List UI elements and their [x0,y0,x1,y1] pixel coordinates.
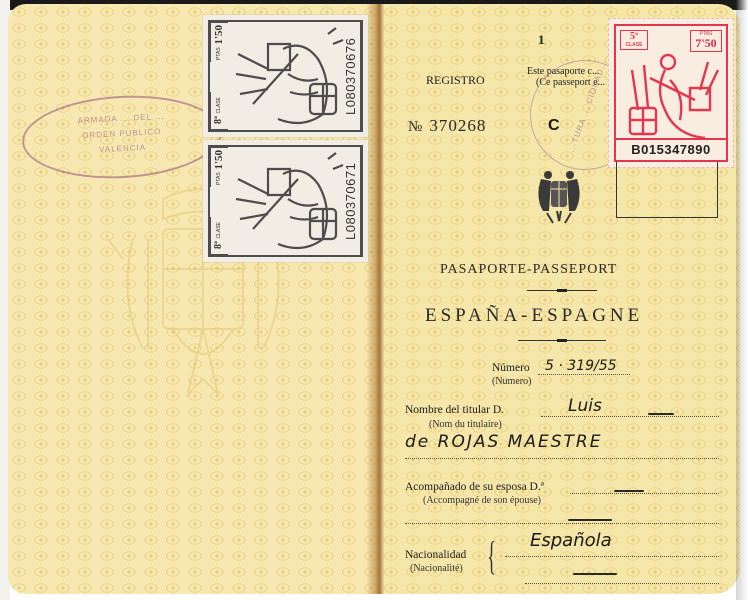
page-number: 1 [538,32,545,48]
nacionalidad-dotted-line [505,556,719,557]
titular-surname: de ROJAS MAESTRE [405,432,602,452]
revenue-stamp-gray-2: PTAS 1'50 8ª CLASE L080370671 [203,140,368,262]
nacionalidad-dotted-line-2 [525,583,719,584]
registration-series: C [548,117,560,135]
brace-icon: { [487,536,496,576]
allegory-figure-icon [228,24,346,128]
allegory-figure-icon [228,149,346,253]
country-title: ESPAÑA-ESPAGNE [425,305,643,327]
stamp-class: 8ª CLASE [210,92,228,130]
stamp-class: 5ªCLASE [620,30,648,50]
stamp-serial: L080370671 [343,147,361,255]
titular-label: Nombre del titular D. [405,404,504,416]
numero-dotted-line [538,374,630,375]
titular-dotted-line [541,416,719,417]
stamp-value: PTAS7'50 [690,30,722,52]
esposa-label: Acompañado de su esposa D.ª [405,481,544,493]
registration-number: №370268 [408,116,486,136]
cancel-dash [648,413,674,415]
eagle-emblem-icon [533,167,585,225]
cancel-dash [568,519,612,521]
stamp-value: PTAS 1'50 [210,22,228,62]
registration-number-value: 370268 [429,116,486,135]
numero-sublabel: (Numero) [492,376,531,387]
nacionalidad-sublabel: (Nacionalité) [410,563,463,574]
registro-label: REGISTRO [426,73,485,88]
revenue-stamp-red: 5ªCLASE PTAS7'50 B015347890 [608,18,734,168]
document-title: PASAPORTE-PASSEPORT [440,262,617,278]
stamp-value: PTAS 1'50 [210,147,228,187]
nacionalidad-value: Española [530,530,612,551]
allegory-figure-icon [620,50,726,142]
cancel-dash [573,573,617,575]
page-edge-shadow [736,0,748,600]
title-ornament-divider [518,340,606,341]
titular-first-name: Luis [568,396,602,416]
cancel-dash [614,490,644,492]
esposa-sublabel: (Accompagné de son épouse) [423,495,541,506]
stamp-class: 8ª CLASE [210,217,228,255]
revenue-stamp-gray-1: PTAS 1'50 8ª CLASE L080370676 [203,15,368,137]
violet-stamp-text: ...TURA ... CIONAD... [567,58,609,153]
numero-value: 5 · 319/55 [545,358,617,374]
numero-label: Número [492,362,530,374]
esposa-dotted-line [570,493,719,494]
titular-dotted-line-2 [405,458,719,459]
number-sign: № [408,119,423,135]
oval-official-stamp: ARMADA ... DEL ... ORDEN PUBLICO VALENCI… [20,91,224,183]
photo-placeholder-box [616,162,718,218]
title-ornament-divider [527,290,597,291]
stamp-serial: L080370676 [343,22,361,130]
stamp-line: VALENCIA [25,139,221,158]
stamp-serial: B015347890 [616,138,726,160]
book-spine [366,4,384,594]
esposa-dotted-line-2 [405,523,719,524]
titular-sublabel: (Nom du titulaire) [429,419,502,430]
nacionalidad-label: Nacionalidad [405,549,466,561]
